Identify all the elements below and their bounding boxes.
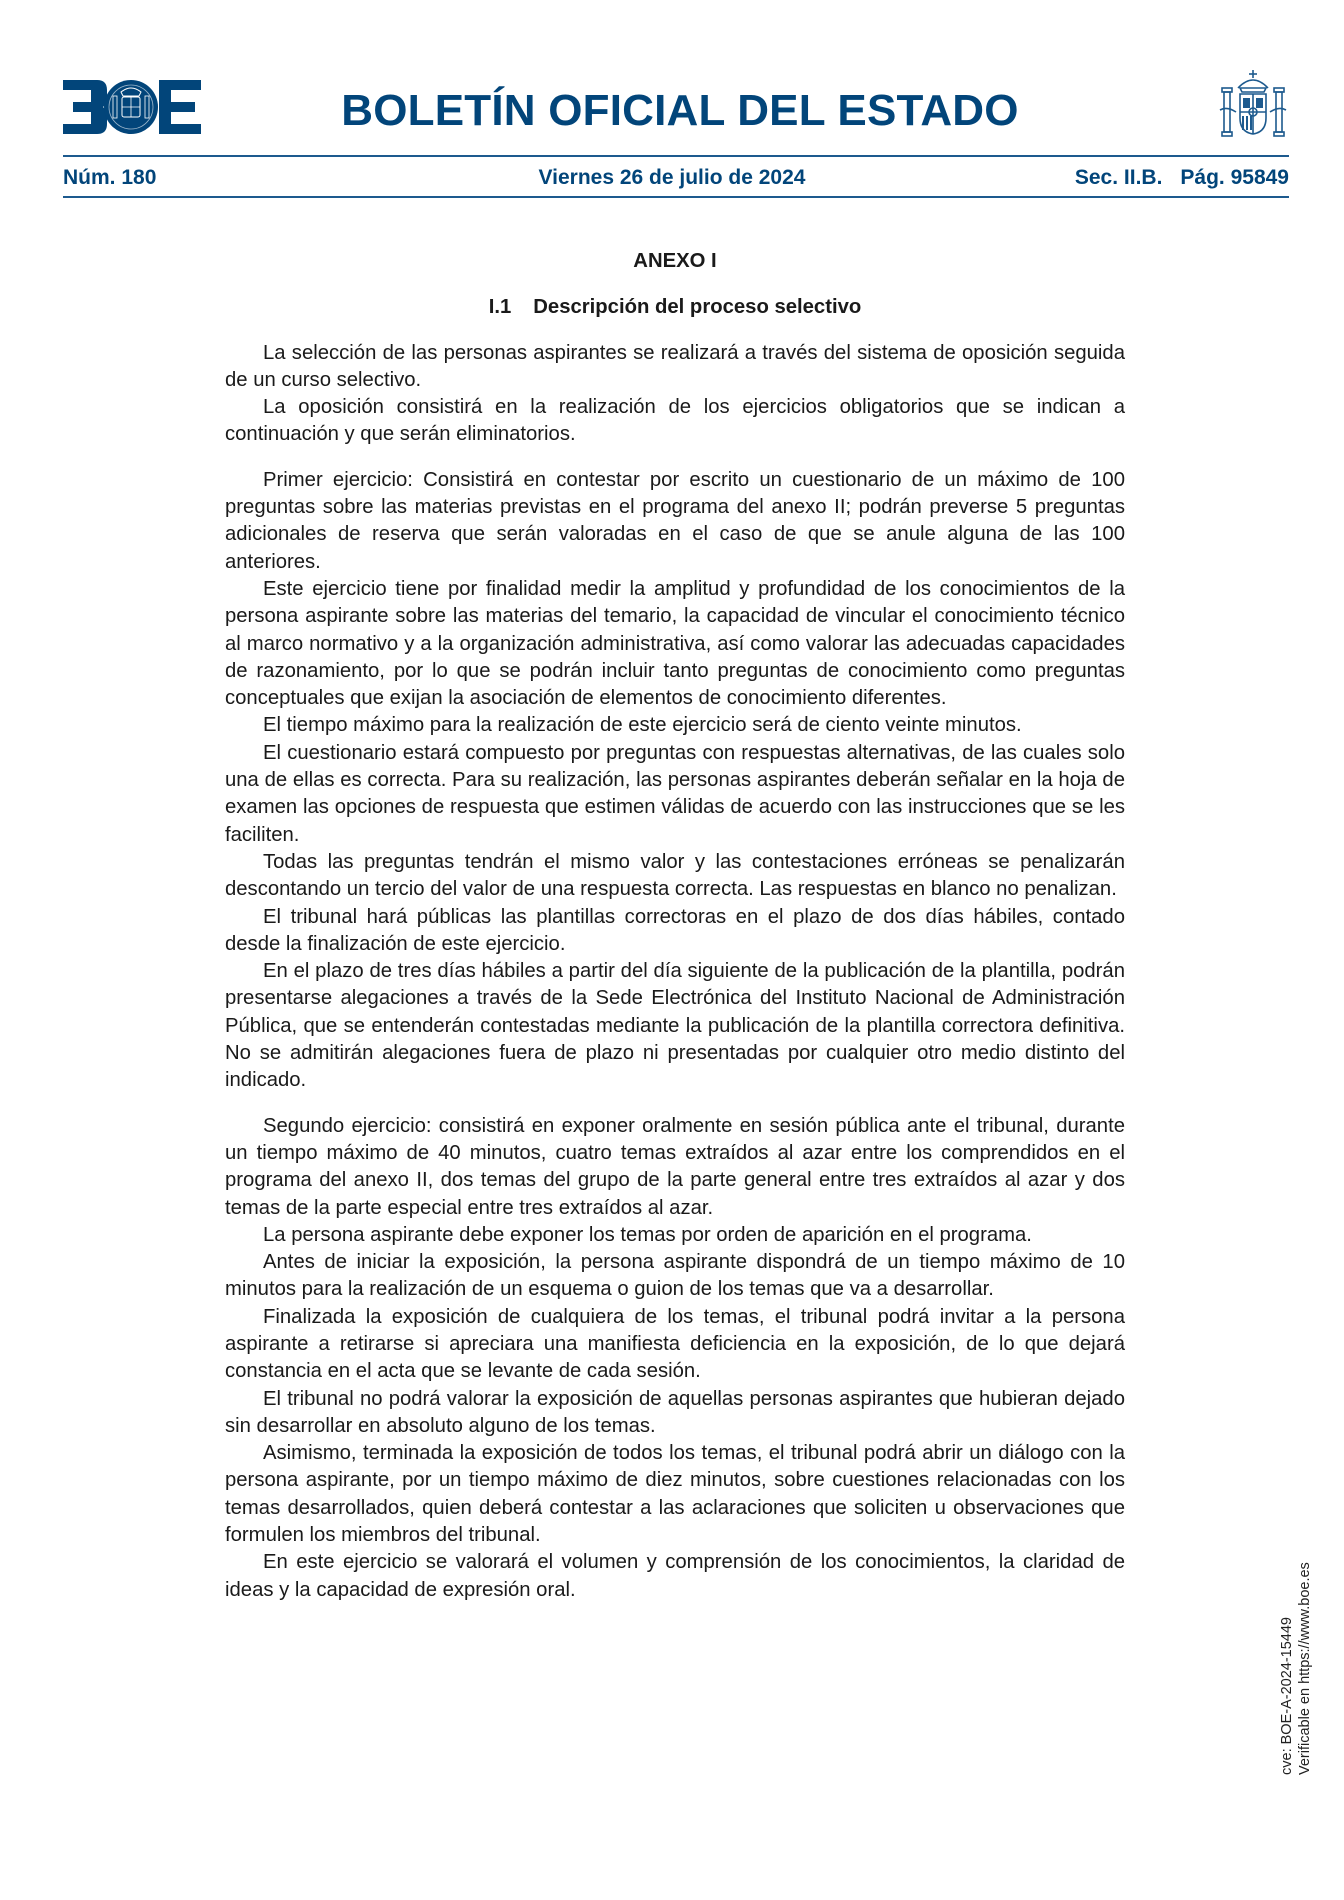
verification-url[interactable]: Verificable en https://www.boe.es [1296,1562,1314,1775]
paragraph: Asimismo, terminada la exposición de tod… [225,1440,1125,1549]
boe-logo-icon [63,80,201,134]
annex-title: ANEXO I [225,248,1125,275]
paragraph: Este ejercicio tiene por finalidad medir… [225,576,1125,712]
document-body: ANEXO I I.1Descripción del proceso selec… [225,248,1125,1604]
cve-code: cve: BOE-A-2024-15449 [1278,1562,1296,1775]
section-page-info: Sec. II.B.Pág. 95849 [1075,164,1289,192]
paragraph: La selección de las personas aspirantes … [225,340,1125,395]
paragraph: El tribunal no podrá valorar la exposici… [225,1386,1125,1441]
coat-of-arms-icon [1218,66,1288,142]
paragraph-second-exercise: Segundo ejercicio: consistirá en exponer… [225,1113,1125,1222]
paragraph-first-exercise: Primer ejercicio: Consistirá en contesta… [225,467,1125,576]
section-title: Descripción del proceso selectivo [533,296,861,318]
paragraph: La oposición consistirá en la realizació… [225,394,1125,449]
header-bottom-rule [63,196,1289,198]
verification-note: cve: BOE-A-2024-15449 Verificable en htt… [1278,1562,1314,1775]
paragraph: Todas las preguntas tendrán el mismo val… [225,849,1125,904]
section-label: Sec. II.B. [1075,166,1163,189]
gazette-title: BOLETÍN OFICIAL DEL ESTADO [320,84,1040,138]
paragraph: El tiempo máximo para la realización de … [225,712,1125,739]
paragraph: El tribunal hará públicas las plantillas… [225,904,1125,959]
paragraph: En el plazo de tres días hábiles a parti… [225,958,1125,1094]
boe-page: BOLETÍN OFICIAL DEL ESTADO [0,0,1344,1900]
section-number: I.1 [489,296,512,318]
section-heading: I.1Descripción del proceso selectivo [225,294,1125,321]
paragraph: Finalizada la exposición de cualquiera d… [225,1304,1125,1386]
paragraph: En este ejercicio se valorará el volumen… [225,1549,1125,1604]
paragraph: El cuestionario estará compuesto por pre… [225,740,1125,849]
header-top-rule [63,155,1289,157]
page-number: Pág. 95849 [1180,166,1289,189]
paragraph: La persona aspirante debe exponer los te… [225,1222,1125,1249]
paragraph: Antes de iniciar la exposición, la perso… [225,1249,1125,1304]
